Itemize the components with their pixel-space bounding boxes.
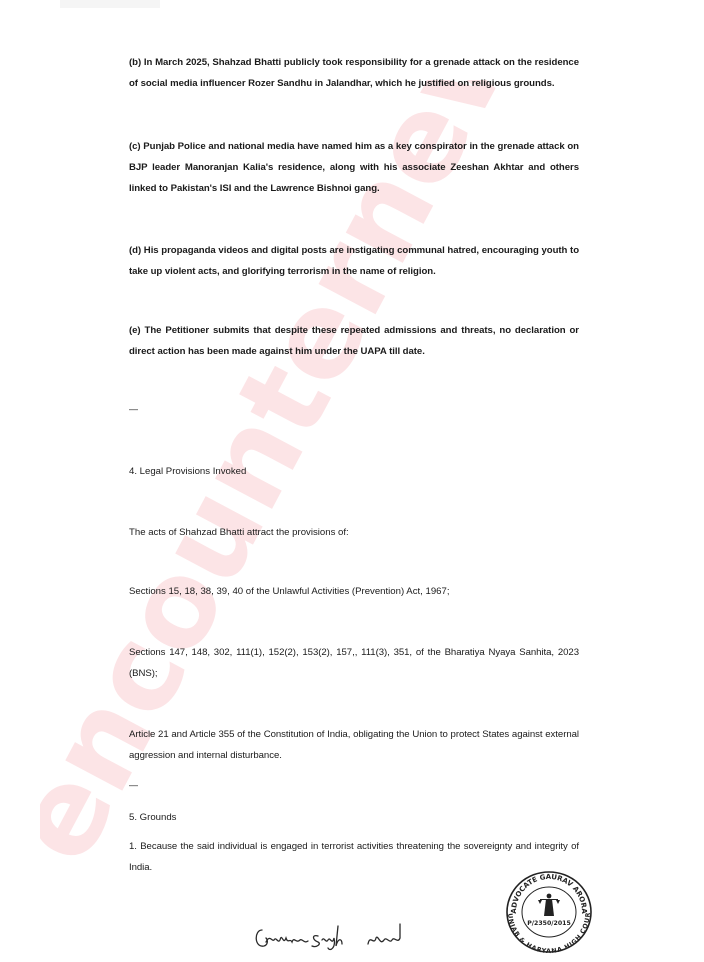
scan-artifact (60, 0, 160, 8)
provision-constitution: Article 21 and Article 355 of the Consti… (129, 724, 579, 766)
section-4-heading: 4. Legal Provisions Invoked (129, 466, 246, 477)
paragraph-b: (b) In March 2025, Shahzad Bhatti public… (129, 52, 579, 94)
provision-bns: Sections 147, 148, 302, 111(1), 152(2), … (129, 642, 579, 684)
separator: — (129, 780, 138, 790)
paragraph-c: (c) Punjab Police and national media hav… (129, 136, 579, 199)
paragraph-d: (d) His propaganda videos and digital po… (129, 240, 579, 282)
document-page: encounternews (b) In March 2025, Shahzad… (0, 0, 704, 962)
section-5-heading: 5. Grounds (129, 812, 176, 823)
provision-uapa: Sections 15, 18, 38, 39, 40 of the Unlaw… (129, 586, 450, 597)
signature (250, 918, 430, 954)
separator: — (129, 404, 138, 414)
provisions-intro: The acts of Shahzad Bhatti attract the p… (129, 527, 349, 538)
watermark: encounternews (40, 80, 704, 900)
svg-text:P/2350/2015: P/2350/2015 (527, 920, 571, 927)
paragraph-e: (e) The Petitioner submits that despite … (129, 320, 579, 362)
advocate-stamp: ADVOCATE GAURAV ARORA PUNJAB & HARYANA H… (502, 868, 596, 954)
justice-icon (538, 894, 560, 916)
